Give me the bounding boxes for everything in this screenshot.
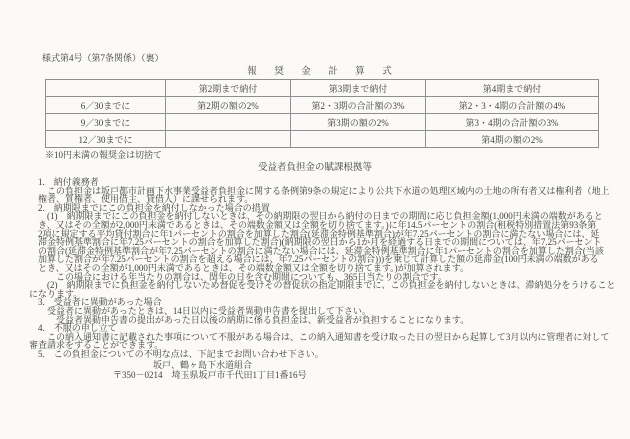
table-cell: 第2・3期の合計額の3% xyxy=(291,97,426,114)
table-cell: 第2・3・4期の合計額の4% xyxy=(426,97,599,114)
body-line: (2) 納期限までに負担金を納付しないため督促を受けその督促状の指定期限までに、… xyxy=(29,281,621,290)
table-row-label: 12／30までに xyxy=(46,131,166,148)
table-cell: 第4期の額の2% xyxy=(426,131,599,148)
table-cell xyxy=(166,131,291,148)
table-header-row: 第2期まで納付第3期まで納付第4期まで納付 xyxy=(46,80,599,97)
table-row: 6／30までに第2期の額の2%第2・3期の合計額の3%第2・3・4期の合計額の4… xyxy=(46,97,599,114)
body-line: 受益者異動申告書の提出があった日以後の納期に係る負担金は、新受益者が負担すること… xyxy=(29,316,621,325)
table-row: 9／30までに第3期の額の2%第3・4期の合計額の3% xyxy=(46,114,599,131)
body-text-block: 1. 納付義務者 この負担金は坂戸都市計画下水事業受益者負担金に関する条例第9条… xyxy=(29,178,621,358)
table-row-label: 9／30までに xyxy=(46,114,166,131)
document-page: 様式第4号（第7条関係）（裏） 報 奨 金 計 算 式 第2期まで納付第3期まで… xyxy=(0,0,630,439)
body-line: 5. この負担金についての不明な点は、下記までお問い合わせ下さい。 xyxy=(29,350,621,359)
table-row-label: 6／30までに xyxy=(46,97,166,114)
table-header-cell: 第3期まで納付 xyxy=(291,80,426,97)
table-header-cell xyxy=(46,80,166,97)
table-cell: 第2期の額の2% xyxy=(166,97,291,114)
table-cell: 第3・4期の合計額の3% xyxy=(426,114,599,131)
table-cell: 第3期の額の2% xyxy=(291,114,426,131)
table-body: 6／30までに第2期の額の2%第2・3期の合計額の3%第2・3・4期の合計額の4… xyxy=(46,97,599,148)
footer-address: 〒350－0214 埼玉県坂戸市千代田1丁目1番16号 xyxy=(113,368,307,381)
reward-calculation-table: 第2期まで納付第3期まで納付第4期まで納付 6／30までに第2期の額の2%第2・… xyxy=(45,79,599,148)
table-header-cell: 第2期まで納付 xyxy=(166,80,291,97)
section-heading: 受益者負担金の賦課根拠等 xyxy=(0,159,630,173)
table-cell xyxy=(291,131,426,148)
reward-table-title: 報 奨 金 計 算 式 xyxy=(45,63,598,77)
table-header-cell: 第4期まで納付 xyxy=(426,80,599,97)
table-row: 12／30までに第4期の額の2% xyxy=(46,131,599,148)
table-cell xyxy=(166,114,291,131)
